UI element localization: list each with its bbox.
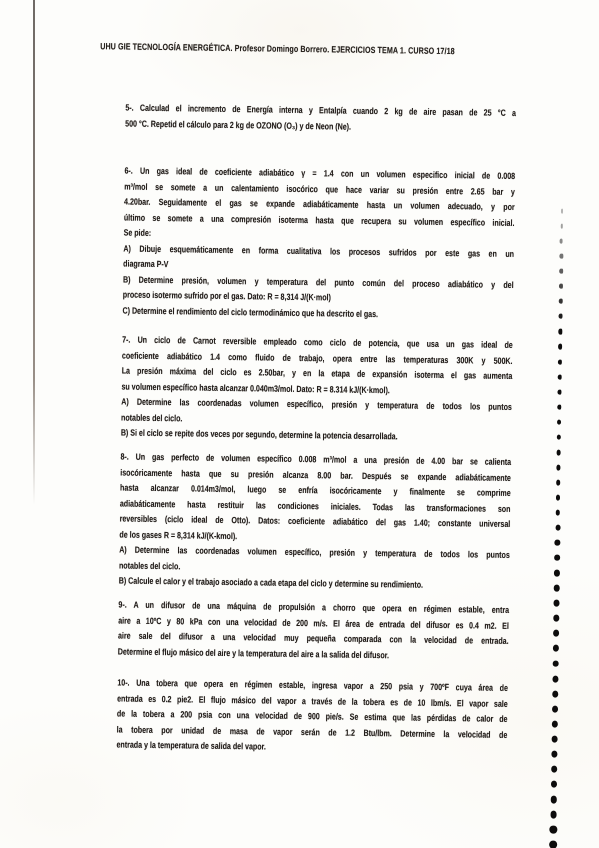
document-content: UHU GIE TECNOLOGÍA ENERGÉTICA. Profesor … [0,0,599,848]
binding-hole [549,841,556,848]
binding-hole [551,735,558,742]
binding-hole [553,630,559,637]
binding-hole [557,434,561,440]
binding-hole [552,720,558,727]
binding-hole [555,540,560,546]
binding-hole [554,585,559,592]
binding-hole [553,645,559,652]
binding-hole [561,209,564,214]
binding-hole [558,359,562,364]
binding-hole [559,314,563,319]
binding-hole [559,299,562,304]
binding-hole [556,449,561,455]
binding-hole [560,239,563,244]
binding-hole [553,660,559,667]
binding-hole [556,464,561,470]
binding-hole [552,675,558,682]
binding-hole [550,795,557,803]
binding-hole [550,811,557,819]
binding-hole [560,254,563,259]
binding-hole [550,826,557,834]
binding-hole [554,600,560,607]
binding-hole [555,555,560,561]
binding-hole [559,284,562,289]
binding-hole [551,780,558,788]
binding-hole [551,750,558,757]
binding-hole [557,419,561,425]
binding-hole [556,495,561,501]
binding-hole [560,224,563,229]
binding-hole [556,479,561,485]
binding-hole [555,510,560,516]
binding-hole [551,765,558,772]
binding-hole [557,389,561,395]
binding-hole [553,615,559,622]
scanned-page: UHU GIE TECNOLOGÍA ENERGÉTICA. Profesor … [0,0,599,848]
binding-holes [0,0,599,848]
binding-hole [559,269,562,274]
binding-hole [555,525,560,531]
binding-hole [558,329,562,334]
binding-hole [554,570,559,576]
binding-hole [552,690,558,697]
binding-hole [552,705,558,712]
binding-hole [557,404,561,410]
binding-hole [558,374,562,379]
binding-hole [558,344,562,349]
